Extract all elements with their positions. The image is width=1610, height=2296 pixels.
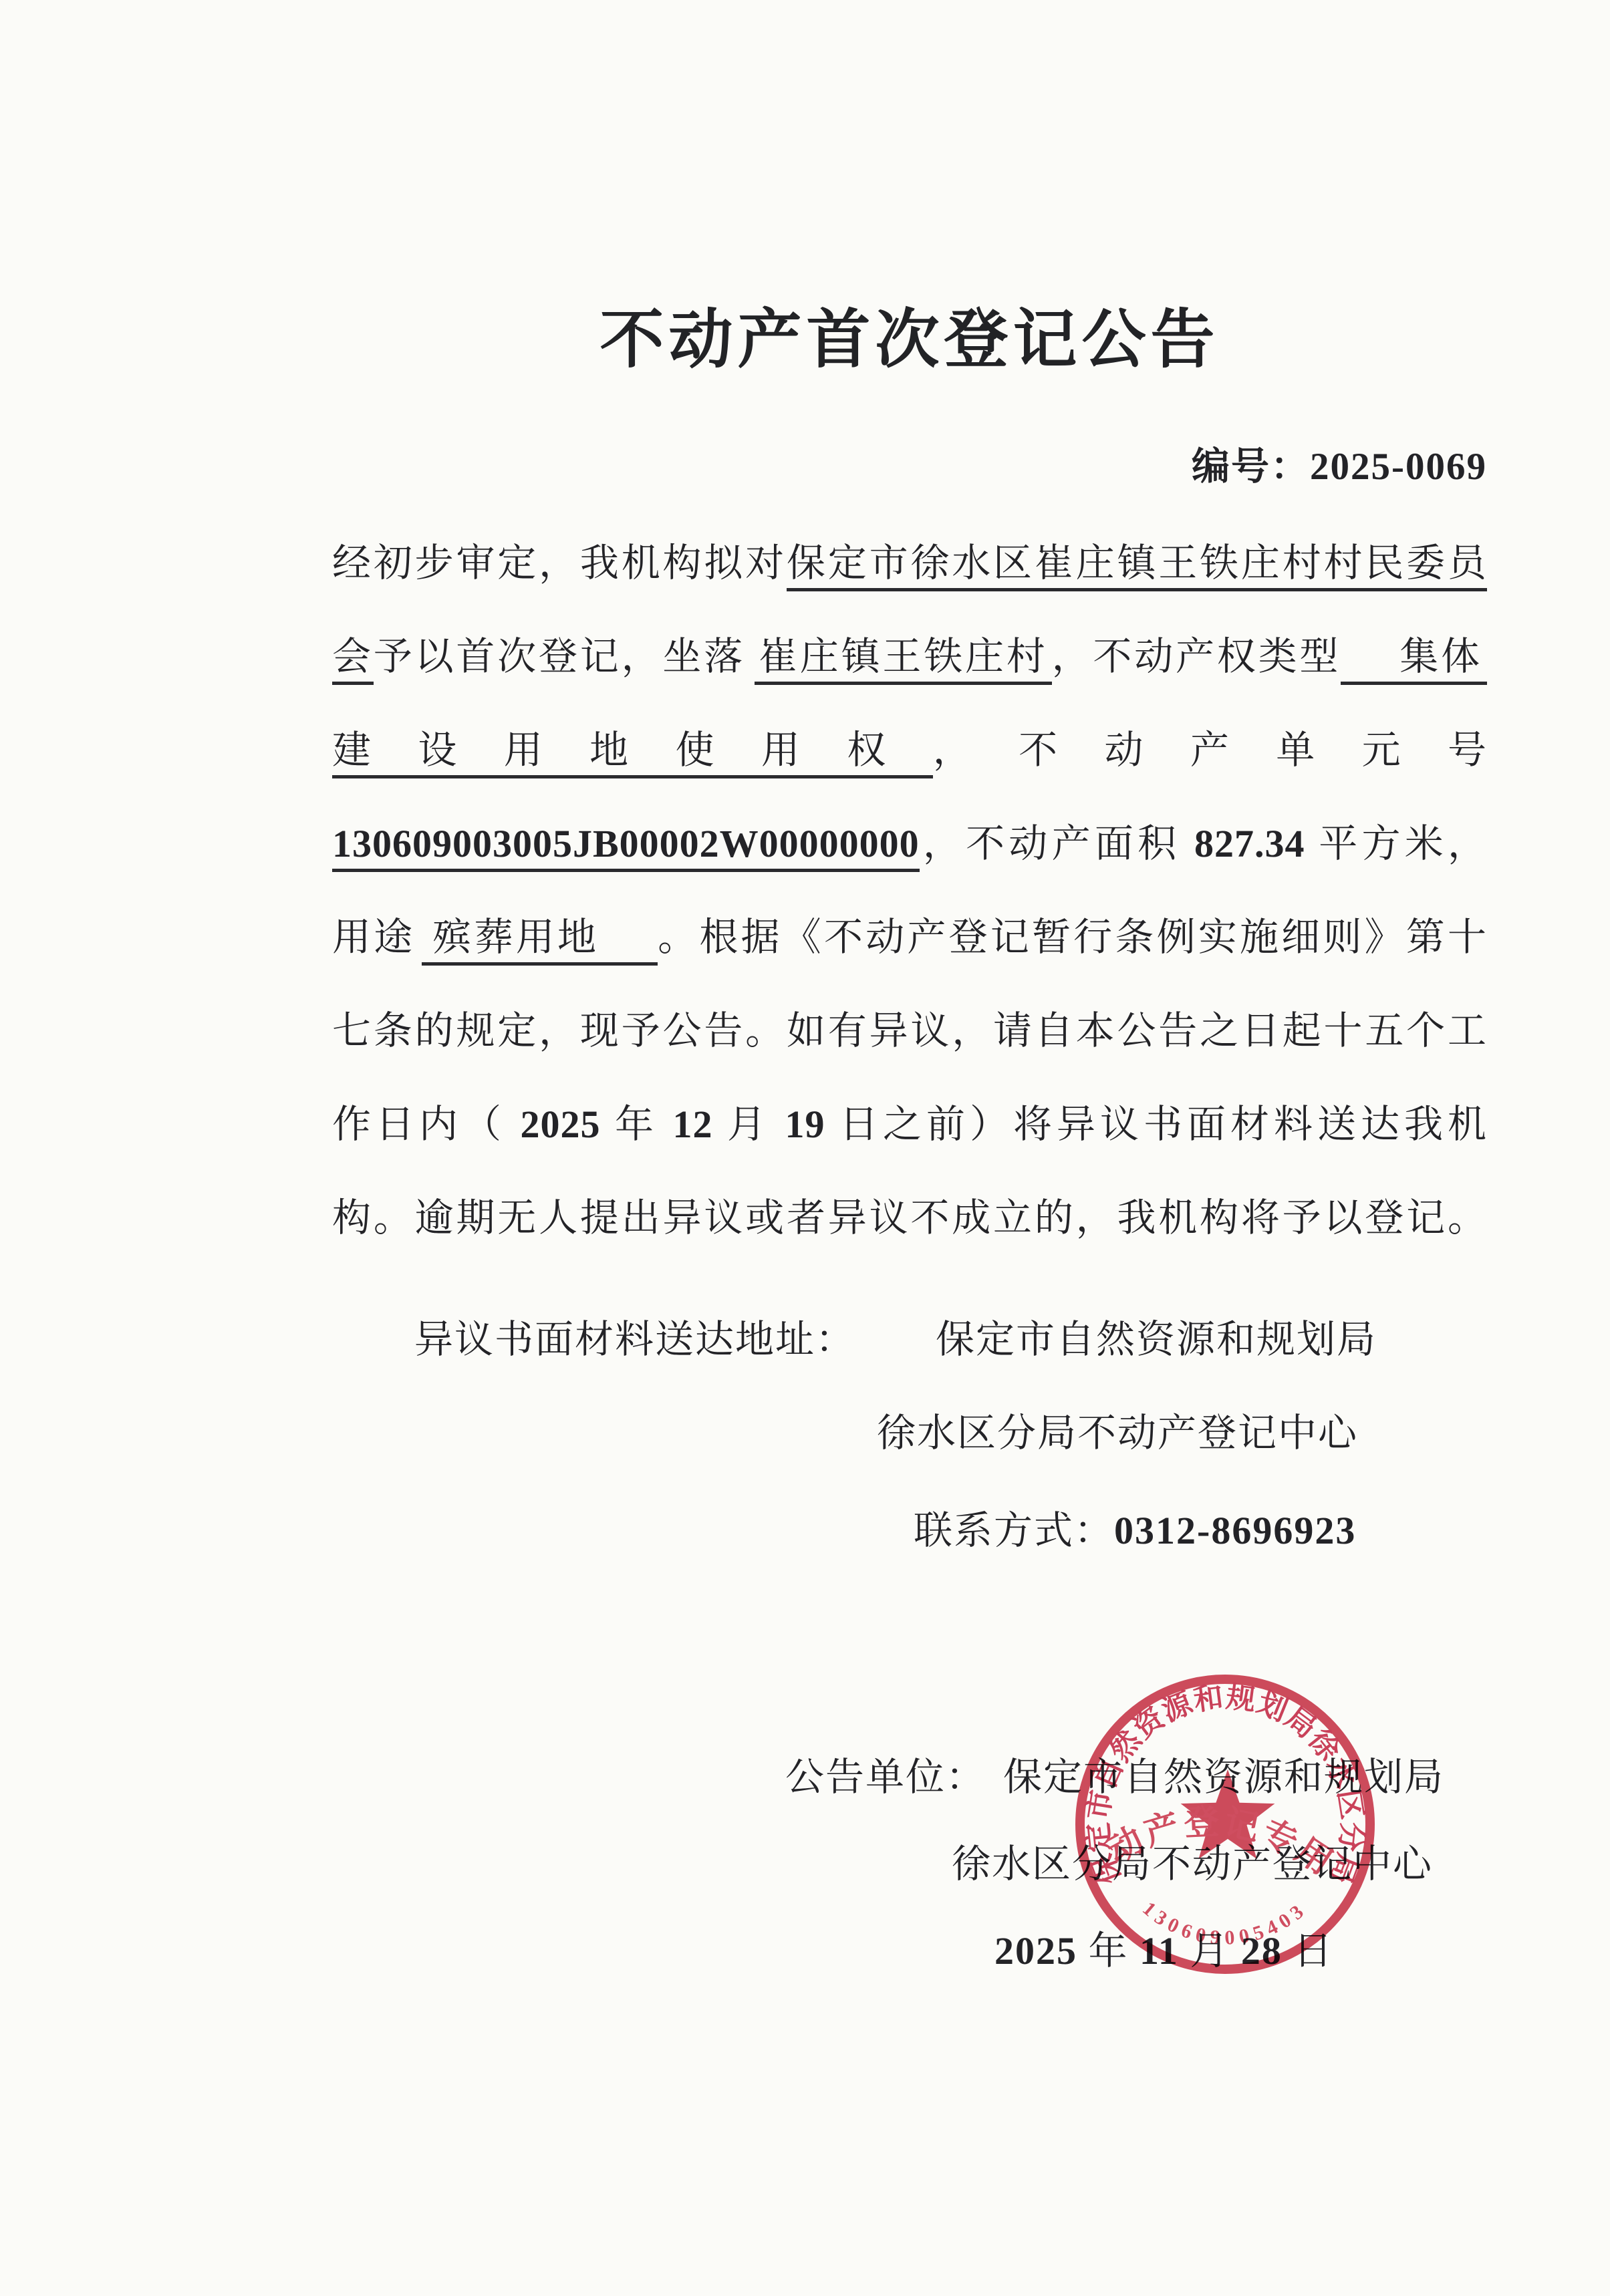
contact-phone: 0312-8696923 (1114, 1509, 1356, 1552)
doc-number-line: 编号：2025-0069 (332, 436, 1487, 490)
right-type-label: ，不动产权类型 (1052, 635, 1341, 678)
body-line-8: 构。逾期无人提出异议或者异议不成立的，我机构将予以登记。 (332, 1171, 1487, 1265)
seal-number: 130609005403 (1138, 1898, 1312, 1949)
body-line-1: 经初步审定，我机构拟对保定市徐水区崔庄镇王铁庄村村民委员 (332, 517, 1487, 610)
unit-number-underlined: 130609003005JB00002W00000000 (332, 822, 920, 872)
body-line-7: 作日内（ 2025 年 12 月 19 日之前）将异议书面材料送达我机 (332, 1078, 1487, 1171)
land-use-right-underlined: 建设用地使用权 (332, 728, 933, 778)
deadline-year-unit: 年 (601, 1103, 673, 1146)
body-line-2: 会予以首次登记，坐落崔庄镇王铁庄村，不动产权类型集体 (332, 610, 1487, 704)
body-line-5: 用途殡葬用地。根据《不动产登记暂行条例实施细则》第十 (332, 891, 1487, 984)
deadline-month: 12 (673, 1103, 713, 1146)
applicant-name-continued-underlined: 会 (332, 635, 374, 685)
body-line-6: 七条的规定，现予公告。如有异议，请自本公告之日起十五个工 (332, 984, 1487, 1078)
objection-address-line-1: 异议书面材料送达地址：保定市自然资源和规划局 (414, 1320, 1377, 1359)
deadline-year: 2025 (521, 1103, 601, 1146)
date-year: 2025 (994, 1929, 1077, 1973)
area-label: ，不动产面积 (920, 822, 1194, 865)
contact-label: 联系方式： (914, 1509, 1114, 1552)
deadline-day: 19 (785, 1103, 825, 1146)
deadline-month-unit: 月 (713, 1103, 785, 1146)
objection-address-line-2: 徐水区分局不动产登记中心 (877, 1414, 1358, 1453)
area-value: 827.34 (1194, 822, 1305, 865)
announcement-document: 不动产首次登记公告 编号：2025-0069 经初步审定，我机构拟对保定市徐水区… (0, 0, 1610, 2296)
contact-line: 联系方式：0312-8696923 (914, 1512, 1356, 1550)
body-line-7-tail: 日之前）将异议书面材料送达我机 (825, 1103, 1487, 1146)
objection-address-value: 保定市自然资源和规划局 (936, 1318, 1377, 1361)
applicant-name-underlined: 保定市徐水区崔庄镇王铁庄村村民委员 (787, 541, 1487, 591)
body-line-5-text: 。根据《不动产登记暂行条例实施细则》第十 (658, 915, 1487, 959)
objection-address-label: 异议书面材料送达地址： (414, 1318, 855, 1361)
body-line-1-text: 经初步审定，我机构拟对 (332, 541, 787, 585)
location-underlined: 崔庄镇王铁庄村 (755, 635, 1052, 685)
body-line-3: 建设用地使用权，不动产单元号 (332, 704, 1487, 797)
doc-number-value: 2025-0069 (1310, 446, 1487, 488)
use-label: 用途 (332, 915, 415, 959)
doc-number-label: 编号： (1192, 446, 1310, 488)
body-line-7-text: 作日内（ (332, 1103, 521, 1146)
use-value-underlined: 殡葬用地 (422, 915, 658, 966)
body-line-2-text: 予以首次登记，坐落 (374, 635, 745, 678)
announcing-unit-label: 公告单位： (785, 1755, 986, 1799)
official-red-seal: 保定市自然资源和规划局徐水区分局 不动产登记专用章 130609005403 (1075, 1674, 1375, 1975)
body-paragraph: 经初步审定，我机构拟对保定市徐水区崔庄镇王铁庄村村民委员 会予以首次登记，坐落崔… (332, 517, 1487, 1265)
unit-number-label: ，不动产单元号 (933, 728, 1487, 772)
body-line-4: 130609003005JB00002W00000000，不动产面积 827.3… (332, 797, 1487, 891)
page-title: 不动产首次登记公告 (332, 289, 1487, 380)
area-unit: 平方米， (1305, 822, 1487, 865)
right-type-underlined: 集体 (1341, 635, 1487, 685)
